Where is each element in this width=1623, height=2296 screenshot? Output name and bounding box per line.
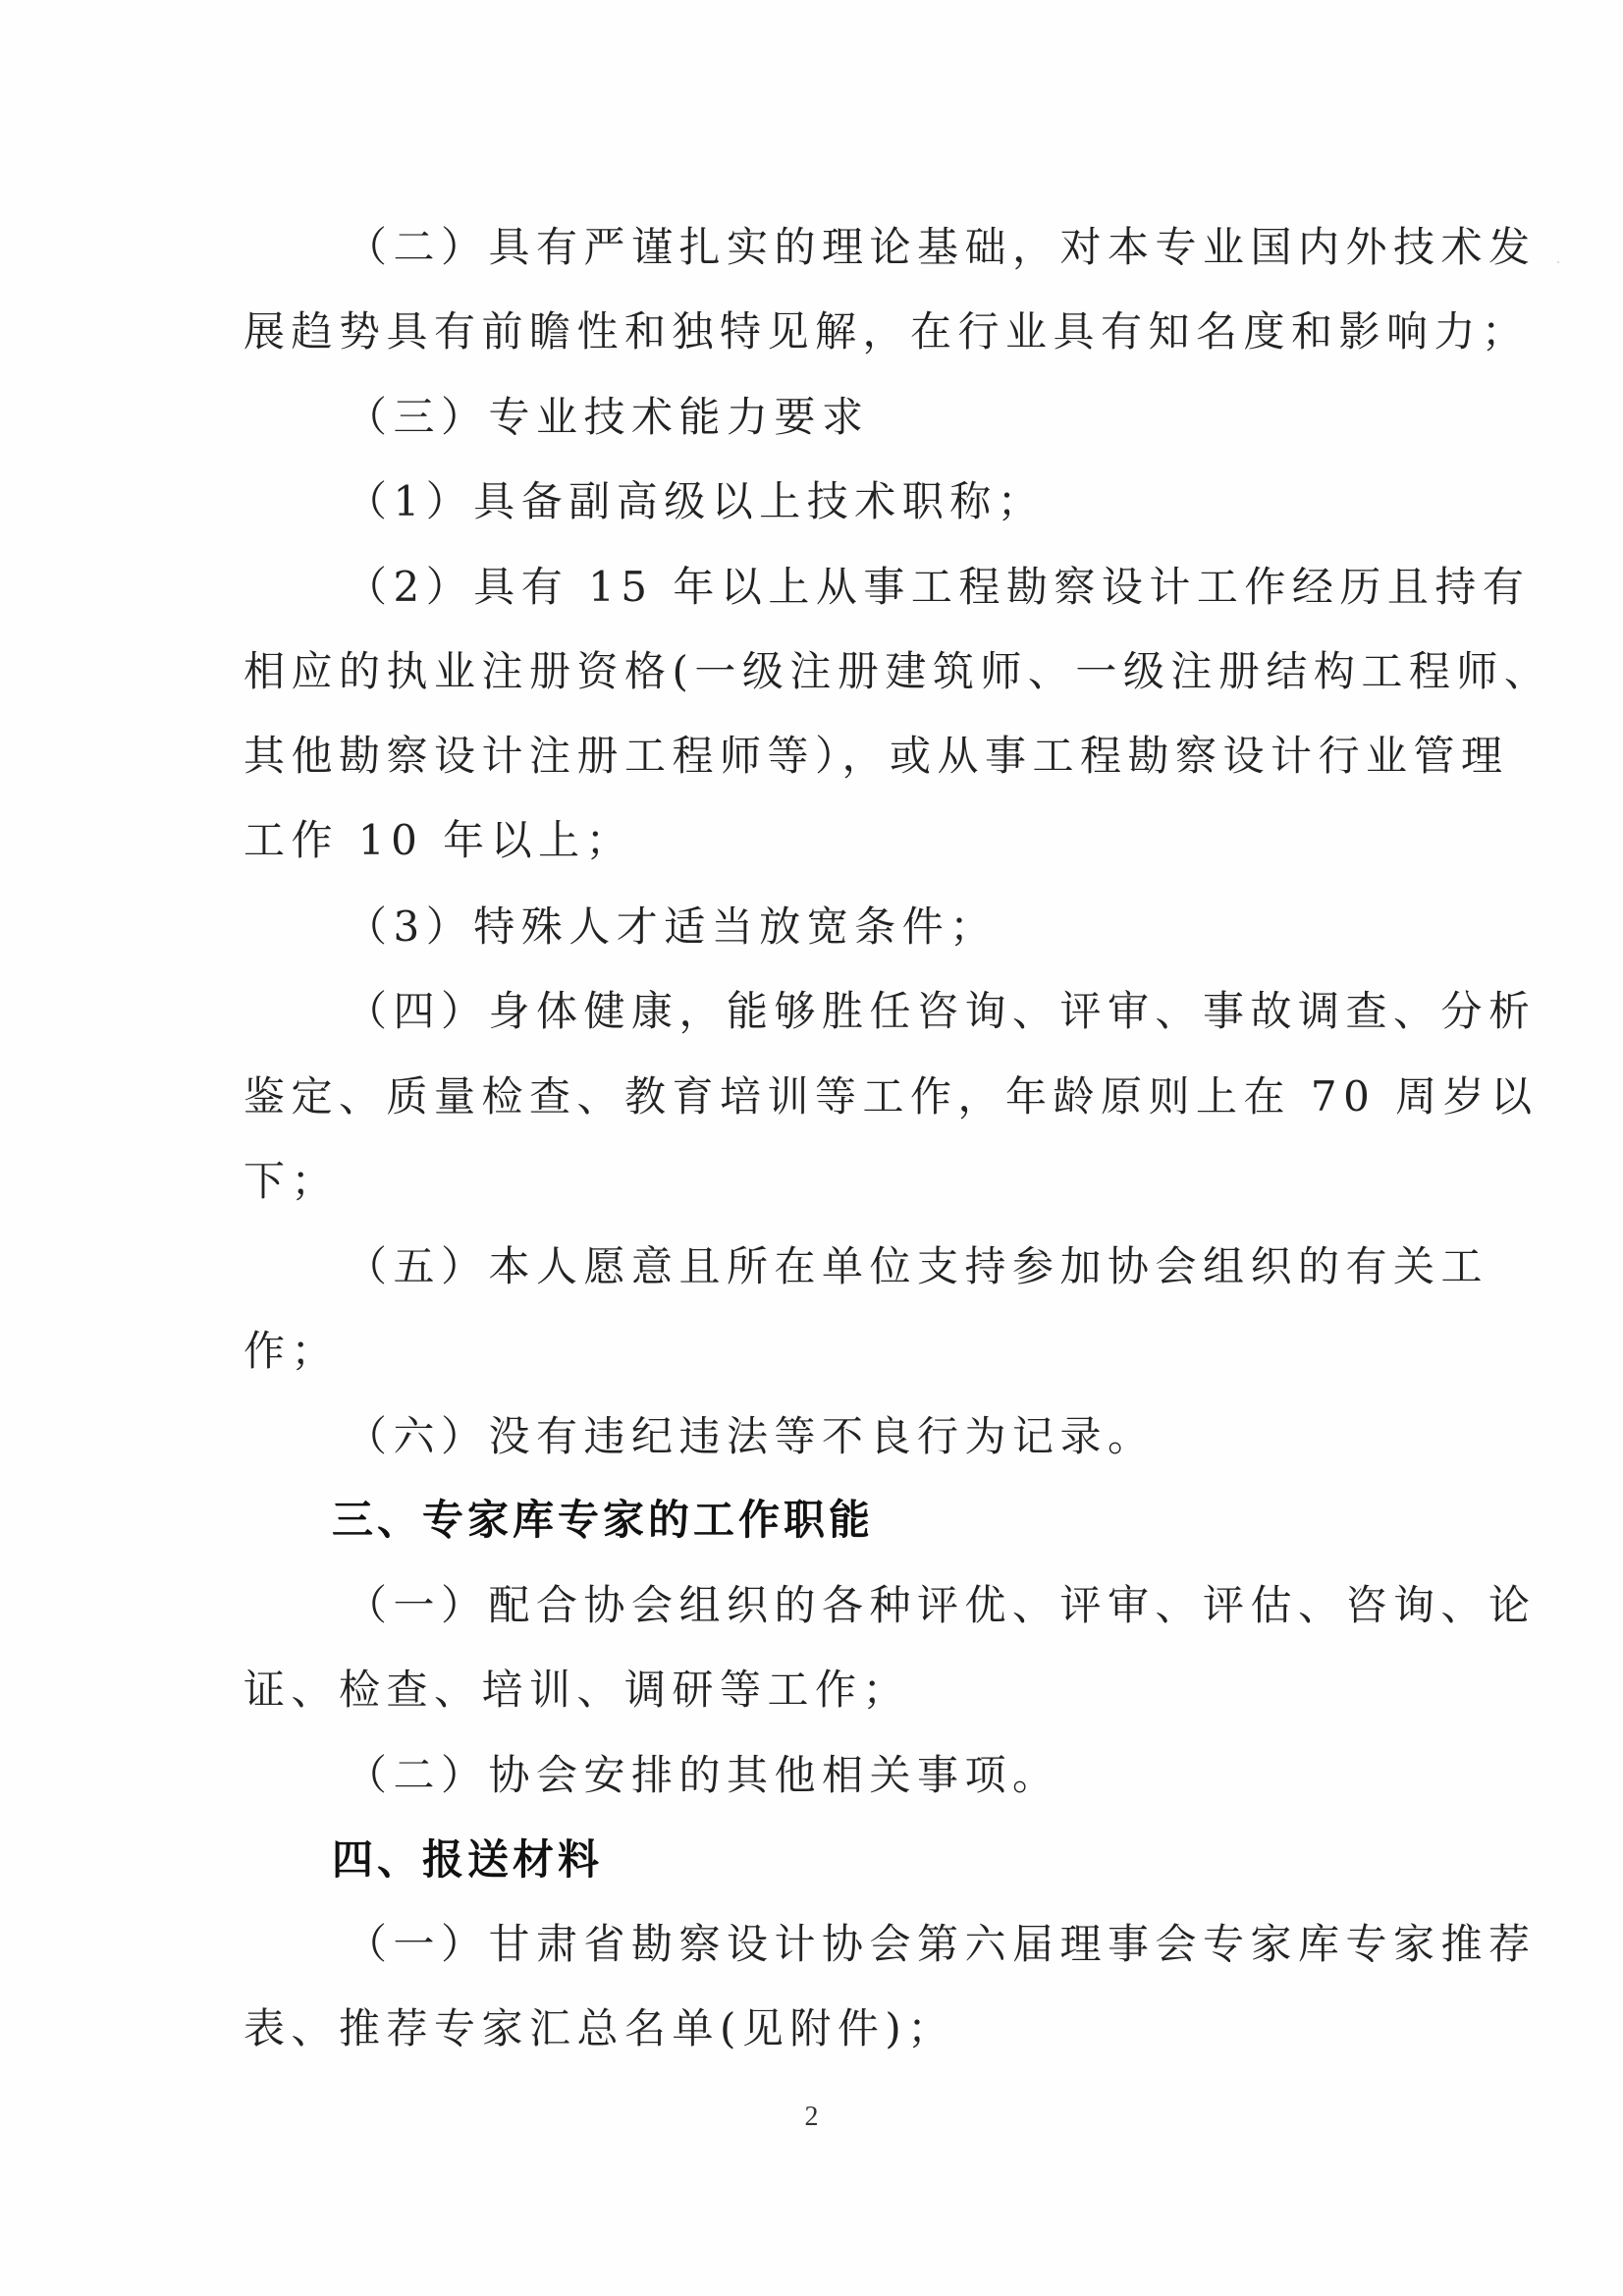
para-line: 作； xyxy=(243,1309,1402,1394)
para-line: 其他勘察设计注册工程师等），或从事工程勘察设计行业管理 xyxy=(243,714,1402,798)
para-line: （六）没有违纪违法等不良行为记录。 xyxy=(346,1394,1504,1479)
para-line: 展趋势具有前瞻性和独特见解，在行业具有知名度和影响力； xyxy=(243,290,1402,374)
section-heading: 四、报送材料 xyxy=(332,1818,1490,1902)
para-line: （一）配合协会组织的各种评优、评审、评估、咨询、论 xyxy=(346,1563,1504,1648)
para-line: （五）本人愿意且所在单位支持参加协会组织的有关工 xyxy=(346,1225,1504,1309)
para-line: （一）甘肃省勘察设计协会第六届理事会专家库专家推荐 xyxy=(346,1902,1504,1987)
para-line: 证、检查、培训、调研等工作； xyxy=(243,1648,1402,1732)
para-line: 工作 10 年以上； xyxy=(243,798,1402,883)
para-line: 鉴定、质量检查、教育培训等工作，年龄原则上在 70 周岁以 xyxy=(243,1055,1402,1139)
para-line: （四）身体健康，能够胜任咨询、评审、事故调查、分析 xyxy=(346,969,1504,1054)
para-line: 表、推荐专家汇总名单(见附件)； xyxy=(243,1987,1402,2071)
para-line: （三）专业技术能力要求 xyxy=(346,375,1504,460)
para-line: （二）具有严谨扎实的理论基础，对本专业国内外技术发 xyxy=(346,205,1504,290)
section-heading: 三、专家库专家的工作职能 xyxy=(332,1478,1490,1562)
para-line: 下； xyxy=(243,1139,1402,1224)
para-line: 相应的执业注册资格(一级注册建筑师、一级注册结构工程师、 xyxy=(243,629,1402,714)
scan-speck xyxy=(1557,261,1559,263)
para-line: （1）具备副高级以上技术职称； xyxy=(346,460,1504,544)
para-line: （3）特殊人才适当放宽条件； xyxy=(346,885,1504,969)
para-line: （二）协会安排的其他相关事项。 xyxy=(346,1733,1504,1818)
document-page: （二）具有严谨扎实的理论基础，对本专业国内外技术发 展趋势具有前瞻性和独特见解，… xyxy=(0,0,1623,2296)
page-number: 2 xyxy=(0,2102,1623,2133)
para-line: （2）具有 15 年以上从事工程勘察设计工作经历且持有 xyxy=(346,545,1504,629)
